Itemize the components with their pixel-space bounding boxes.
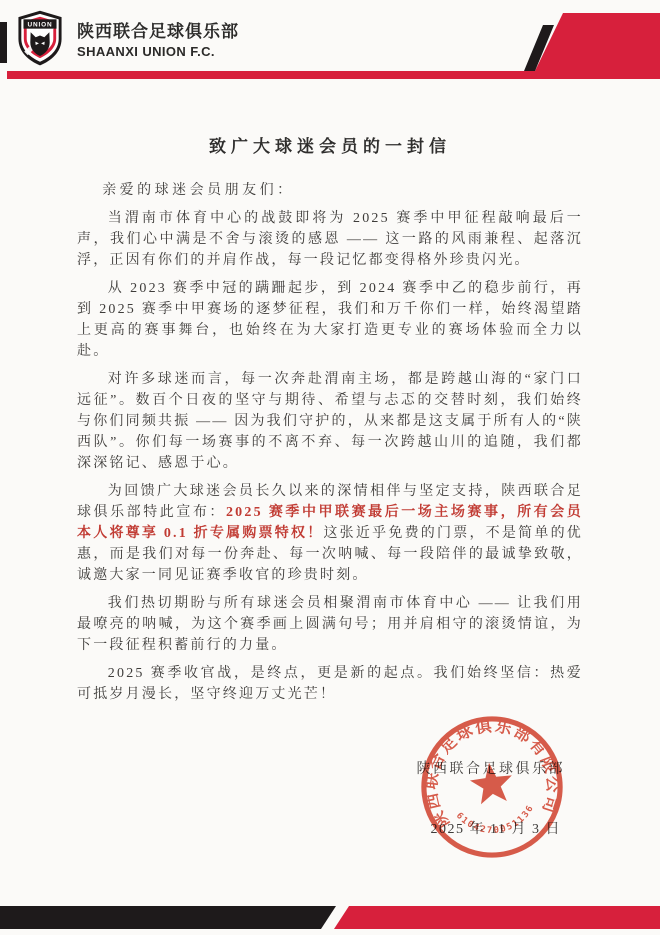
club-name-cn: 陕西联合足球俱乐部 [77, 23, 239, 40]
seal-star-icon [468, 760, 515, 805]
seal-serial-number: 6104270051136 [453, 802, 539, 841]
letter-paragraph: 2025 赛季收官战，是终点，更是新的起点。我们始终坚信：热爱可抵岁月漫长，坚守… [77, 663, 583, 705]
header-red-parallelogram [535, 13, 660, 71]
left-edge-accent [0, 22, 7, 63]
letter-content: 致广大球迷会员的一封信 亲爱的球迷会员朋友们： 当渭南市体育中心的战鼓即将为 2… [0, 86, 660, 705]
paragraph-text: 对许多球迷而言，每一次奔赴渭南主场，都是跨越山海的“家门口远征”。数百个日夜的坚… [77, 372, 583, 471]
closing-block: 陕西联合足球俱乐部 2025 年 11 月 3 日 陕西联合足球俱乐部有限公司 … [77, 700, 583, 906]
letter-title: 致广大球迷会员的一封信 [77, 136, 583, 158]
letter-salutation: 亲爱的球迷会员朋友们： [77, 180, 583, 201]
club-names: 陕西联合足球俱乐部 SHAANXI UNION F.C. [77, 23, 239, 58]
club-crest-icon: UNION [17, 9, 63, 67]
letter-paragraph: 当渭南市体育中心的战鼓即将为 2025 赛季中甲征程敲响最后一声，我们心中满是不… [77, 208, 583, 271]
letter-paragraph: 我们热切期盼与所有球迷会员相聚渭南市体育中心 —— 让我们用最嘹亮的呐喊，为这个… [77, 593, 583, 656]
paragraph-text: 当渭南市体育中心的战鼓即将为 2025 赛季中甲征程敲响最后一声，我们心中满是不… [77, 211, 583, 268]
paragraph-text: 从 2023 赛季中冠的蹒跚起步，到 2024 赛季中乙的稳步前行，再到 202… [77, 281, 583, 359]
letter-paragraph: 从 2023 赛季中冠的蹒跚起步，到 2024 赛季中乙的稳步前行，再到 202… [77, 278, 583, 362]
letter-paragraph: 对许多球迷而言，每一次奔赴渭南主场，都是跨越山海的“家门口远征”。数百个日夜的坚… [77, 369, 583, 474]
logo-banner-text: UNION [27, 22, 52, 29]
club-header: UNION 陕西联合足球俱乐部 SHAANXI UNION F.C. [0, 0, 660, 86]
paragraph-text: 2025 赛季收官战，是终点，更是新的起点。我们始终坚信：热爱可抵岁月漫长，坚守… [77, 666, 583, 702]
official-seal-stamp: 陕西联合足球俱乐部有限公司 6104270051136 [410, 705, 575, 870]
letter-paragraph: 为回馈广大球迷会员长久以来的深情相伴与坚定支持，陕西联合足球俱乐部特此宣布：20… [77, 481, 583, 586]
club-name-en: SHAANXI UNION F.C. [77, 45, 239, 58]
header-red-rule [7, 71, 660, 79]
letter-body: 当渭南市体育中心的战鼓即将为 2025 赛季中甲征程敲响最后一声，我们心中满是不… [77, 208, 583, 705]
footer-red-band [334, 906, 660, 929]
letter-page: UNION 陕西联合足球俱乐部 SHAANXI UNION F.C. 致广大球迷… [0, 0, 660, 935]
paragraph-text: 我们热切期盼与所有球迷会员相聚渭南市体育中心 —— 让我们用最嘹亮的呐喊，为这个… [77, 596, 583, 653]
footer-black-band [0, 906, 336, 929]
